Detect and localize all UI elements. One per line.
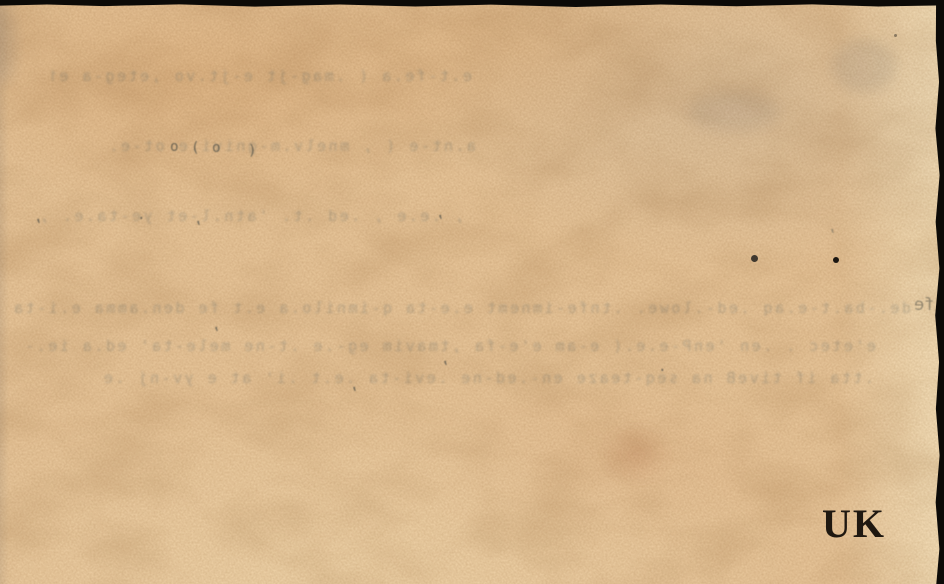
bleedthrough-mark: , (194, 212, 202, 226)
bleedthrough-mark: , (828, 220, 836, 234)
smudge (0, 4, 16, 84)
bleedthrough-mark: fe (914, 298, 934, 312)
bleedthrough-mark: , (212, 318, 220, 332)
bleedthrough-line: .tta if tiveB na seq-teaze en-.ed-ne .ev… (4, 368, 874, 388)
bleedthrough-line: e.t-fe.a ( .mag-jt e-jt.vo ,eteg-a ef-aq… (52, 66, 472, 86)
scan-edge-right (933, 0, 944, 584)
scan-edge-top (0, 0, 944, 9)
bleedthrough-mark: . (137, 208, 145, 222)
country-code-label: UK (822, 500, 886, 547)
scanned-card-back: e.t-fe.a ( .mag-jt e-jt.vo ,eteg-a ef-aq… (0, 0, 944, 584)
bleedthrough-mark: o (212, 141, 220, 155)
bleedthrough-mark: ( (248, 144, 256, 158)
age-stain (598, 420, 674, 488)
smudge (688, 92, 780, 132)
bleedthrough-line: , .e.e , .ed .t. 'atn.l-et ye-ta.e. , (28, 206, 464, 226)
bleedthrough-mark: , (34, 210, 42, 224)
bleedthrough-line: a.nt-e ( , mnelv.m-gnivi.e ot-e. (96, 136, 476, 156)
bleedthrough-line: de.-ba.t-e.aq .ed-.lowe. .tnfe-imnemt e.… (6, 298, 911, 318)
paper-texture (0, 0, 944, 584)
bleedthrough-mark: ) (191, 141, 199, 155)
ink-dot (833, 257, 839, 263)
bleedthrough-mark: , (441, 352, 449, 366)
bleedthrough-mark: . (658, 360, 666, 374)
speck (894, 34, 897, 37)
ink-dot (751, 255, 758, 262)
bleedthrough-mark: o (170, 140, 178, 154)
smudge (832, 40, 896, 92)
bleedthrough-mark: , (350, 378, 358, 392)
bleedthrough-mark: , (436, 206, 444, 220)
bleedthrough-line: e'etec . .en 'enP-e.e.( e-am e'e-fa ,tma… (26, 336, 876, 356)
